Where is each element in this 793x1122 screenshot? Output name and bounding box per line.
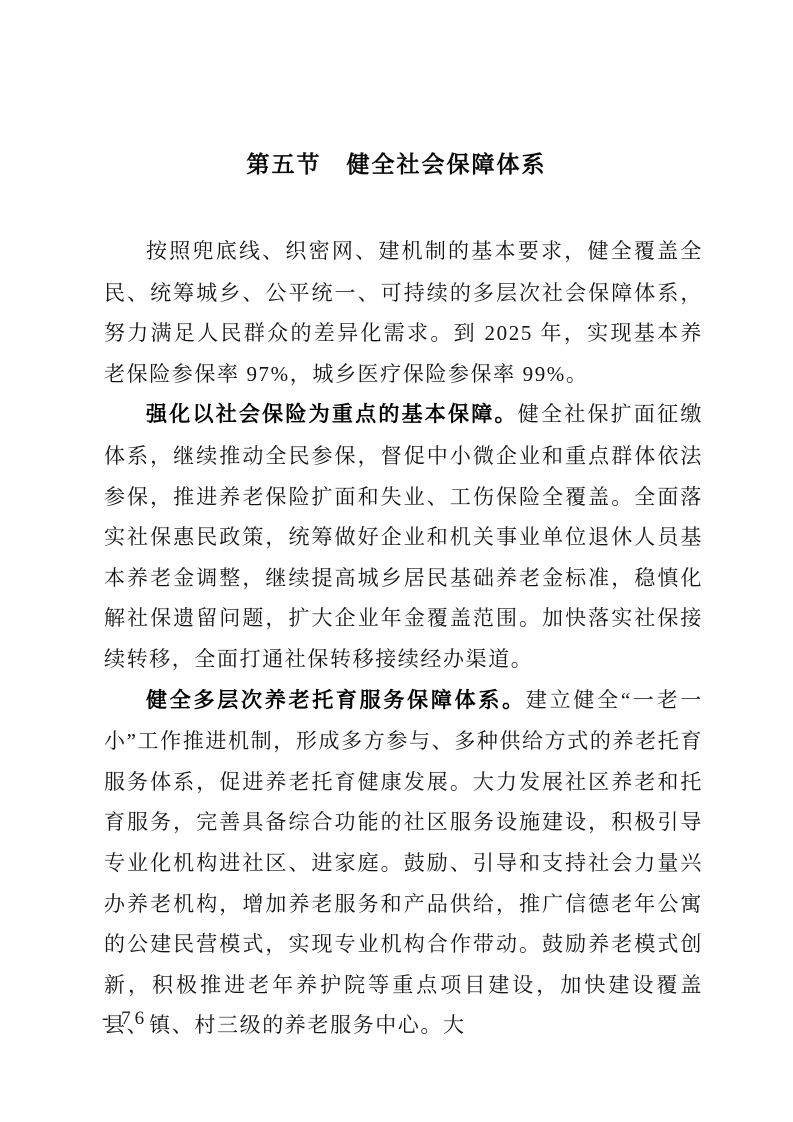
paragraph-3: 健全多层次养老托育服务保障体系。建立健全“一老一小”工作推进机制，形成多方参与、… <box>104 680 703 1046</box>
document-body: 按照兜底线、织密网、建机制的基本要求，健全覆盖全民、统筹城乡、公平统一、可持续的… <box>104 231 703 1046</box>
paragraph-2-lead: 强化以社会保险为重点的基本保障。 <box>146 403 518 426</box>
document-page: 第五节 健全社会保障体系 按照兜底线、织密网、建机制的基本要求，健全覆盖全民、统… <box>0 0 793 1122</box>
section-title: 第五节 健全社会保障体系 <box>0 0 793 179</box>
paragraph-2-text: 健全社保扩面征缴体系，继续推动全民参保，督促中小微企业和重点群体依法参保，推进养… <box>104 402 703 671</box>
page-number: - 76 - <box>102 1008 167 1030</box>
paragraph-1-text: 按照兜底线、织密网、建机制的基本要求，健全覆盖全民、统筹城乡、公平统一、可持续的… <box>104 239 703 386</box>
paragraph-3-text: 建立健全“一老一小”工作推进机制，形成多方参与、多种供给方式的养老托育服务体系，… <box>104 688 703 1038</box>
paragraph-3-lead: 健全多层次养老托育服务保障体系。 <box>146 689 526 712</box>
paragraph-2: 强化以社会保险为重点的基本保障。健全社保扩面征缴体系，继续推动全民参保，督促中小… <box>104 394 703 679</box>
paragraph-1: 按照兜底线、织密网、建机制的基本要求，健全覆盖全民、统筹城乡、公平统一、可持续的… <box>104 231 703 394</box>
